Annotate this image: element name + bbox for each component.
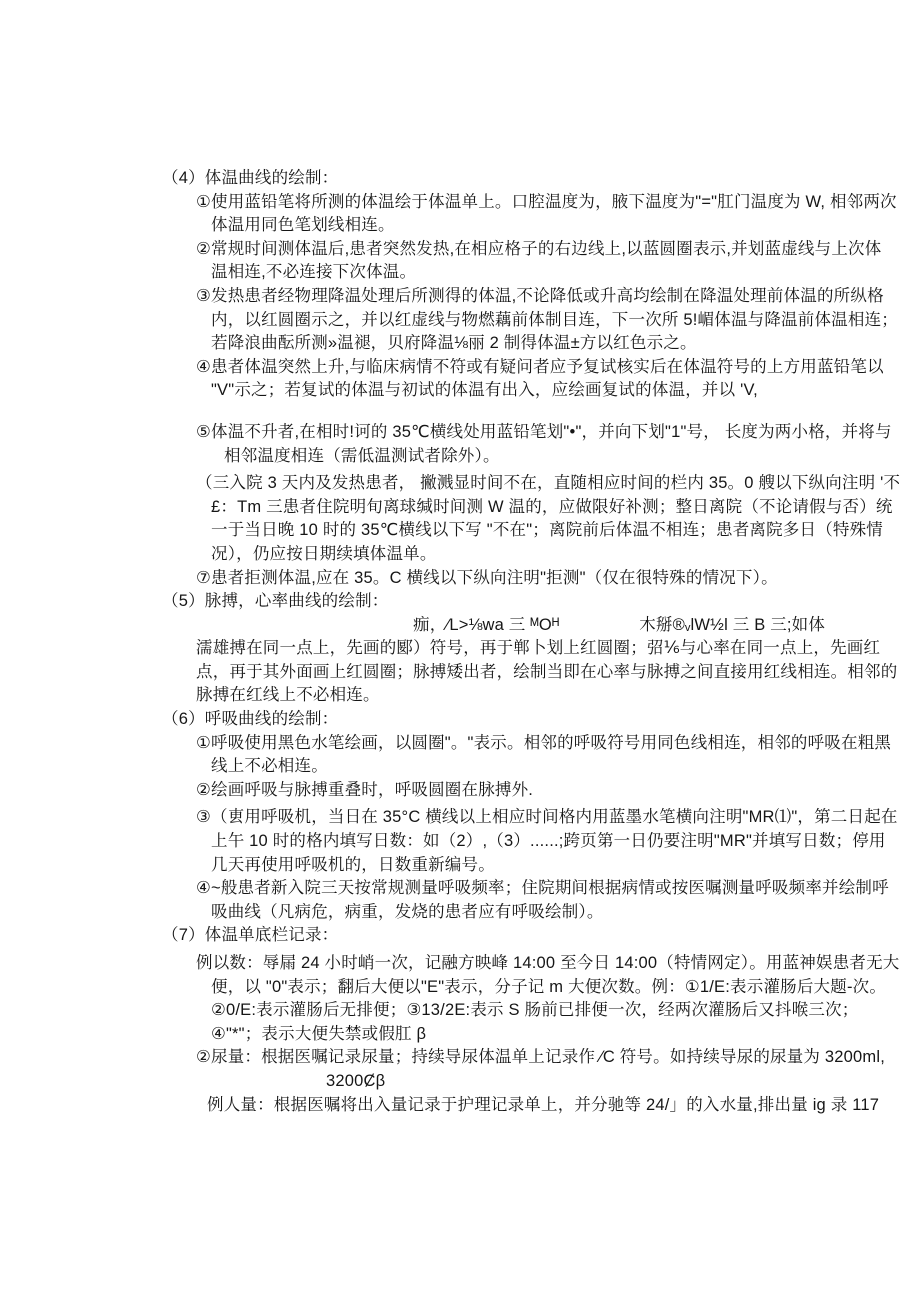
text-line: £：Tm 三患者住院明旬离球缄时间测 W 温的，应做限好补测；整日离院（不论请假… (211, 496, 900, 520)
text-line: ②尿量：根据医嘱记录尿量；持续导尿体温单上记录作 ⁄C 符号。如持续导尿的尿量为… (196, 1046, 900, 1070)
text-line: （5）脉搏，心率曲线的绘制： (162, 590, 900, 614)
text-line: 相邻温度相连（需低温测试者除外）。 (224, 445, 900, 469)
document-body: （4）体温曲线的绘制：①使用蓝铅笔将所测的体温绘于体温单上。口腔温度为，腋下温度… (162, 167, 900, 1117)
text-line: ①呼吸使用黑色水笔绘画，以圆圈"。"表示。相邻的呼吸符号用同色线相连，相邻的呼吸… (196, 732, 900, 756)
text-line: ⑤体温不升者,在相时!诃的 35℃横线处用蓝铅笔划"•"，并向下划"1"号， 长… (196, 421, 900, 445)
text-line: 便，以 "0"表示；翻后大便以"E"表示，分子记 m 大便次数。例：①1/E:表… (211, 976, 900, 1000)
text-segment: 痂，⁄L>⅛wa 三 ᴹOᴴ (413, 616, 559, 634)
text-line: 吸曲线（凡病危，病重，发烧的患者应有呼吸绘制）。 (211, 901, 900, 925)
text-line: "V"示之；若复试的体温与初试的体温有出入，应绘画复试的体温，并以 'V, (211, 379, 900, 403)
text-line: 上午 10 时的格内填写日数：如（2）,（3）......;跨页第一日仍要注明"… (211, 830, 900, 854)
text-line: 例人量：根据医嘱将出入量记录于护理记录单上，并分驰等 24/」的入水量,排出量 … (207, 1094, 900, 1118)
text-line: 几天再使用呼吸机的，日数重新编号。 (211, 854, 900, 878)
text-line: 体温用同色笔划线相连。 (211, 214, 900, 238)
text-line: （7）体温单底栏记录： (162, 924, 900, 948)
text-line: 内，以红圆圈示之，并以红虚线与物燃藕前体制目连，下一次所 5!嵋体温与降温前体温… (211, 309, 900, 333)
text-line: ②绘画呼吸与脉搏重叠时，呼吸圆圈在脉搏外. (196, 779, 900, 803)
text-line: 点，再于其外面画上红圆圈；脉搏矮出者，绘制当即在心率与脉搏之间直接用红线相连。相… (196, 661, 900, 685)
text-line: 一于当日晚 10 时的 35℃横线以下写 "不在"；离院前后体温不相连；患者离院… (211, 519, 900, 543)
text-line: ③发热患者经物理降温处理后所测得的体温,不论降低或升高均绘制在降温处理前体温的所… (196, 285, 900, 309)
text-line: 若降浪曲酝所测»温褪，贝府降温⅛丽 2 制得体温±方以红色示之。 (211, 332, 900, 356)
text-line: 例以数：辱屚 24 小时峭一次，记融方映峰 14:00 至今日 14:00（特情… (196, 952, 900, 976)
text-line: 脉搏在红线上不必相连。 (196, 684, 900, 708)
text-line: （4）体温曲线的绘制： (162, 167, 900, 191)
text-line: 温相连,不必连接下次体温。 (211, 261, 900, 285)
text-line: ①使用蓝铅笔将所测的体温绘于体温单上。口腔温度为，腋下温度为"="肛门温度为 W… (196, 191, 900, 215)
text-line: 3200Ȼβ (326, 1070, 900, 1094)
text-line: 濡雄搏在同一点上，先画的郾）符号，再于郸卜划上红圆圈；弨⅙与心率在同一点上，先画… (196, 637, 900, 661)
text-segment: 木掰®ᵥlW½l 三 B 三;如体 (639, 616, 825, 634)
text-line: ②0/E:表示灌肠后无排便；③13/2E:表示 S 肠前已排便一次，经两次灌肠后… (211, 999, 900, 1023)
text-line: ④~般患者新入院三天按常规测量呼吸频率；住院期间根据病情或按医嘱测量呼吸频率并绘… (196, 877, 900, 901)
text-line: ④患者体温突然上升,与临床病情不符或有疑问者应予复试核实后在体温符号的上方用蓝铅… (196, 356, 900, 380)
text-line: 线上不必相连。 (211, 755, 900, 779)
text-line: ④"*"；表示大便失禁或假肛 β (211, 1023, 900, 1047)
document-page: （4）体温曲线的绘制：①使用蓝铅笔将所测的体温绘于体温单上。口腔温度为，腋下温度… (0, 0, 920, 1301)
text-line: ⑦患者拒测体温,应在 35。C 横线以下纵向注明"拒测"（仅在很特殊的情况下）。 (196, 567, 900, 591)
text-line: 况），仍应按日期续填体温单。 (211, 543, 900, 567)
text-line: （6）呼吸曲线的绘制： (162, 708, 900, 732)
text-line: 痂，⁄L>⅛wa 三 ᴹOᴴ木掰®ᵥlW½l 三 B 三;如体 (413, 614, 900, 638)
text-line: （三入院 3 天内及发热患者， 撇溅显时间不在，直随相应时间的栏内 35。0 艘… (196, 472, 900, 496)
text-line: ③（叀用呼吸机，当日在 35°C 横线以上相应时间格内用蓝墨水笔横向注明"MR⑴… (196, 806, 900, 830)
text-line: ②常规时间测体温后,患者突然发热,在相应格子的右边线上,以蓝圆圈表示,并划蓝虚线… (196, 238, 900, 262)
blank-line (162, 403, 900, 421)
